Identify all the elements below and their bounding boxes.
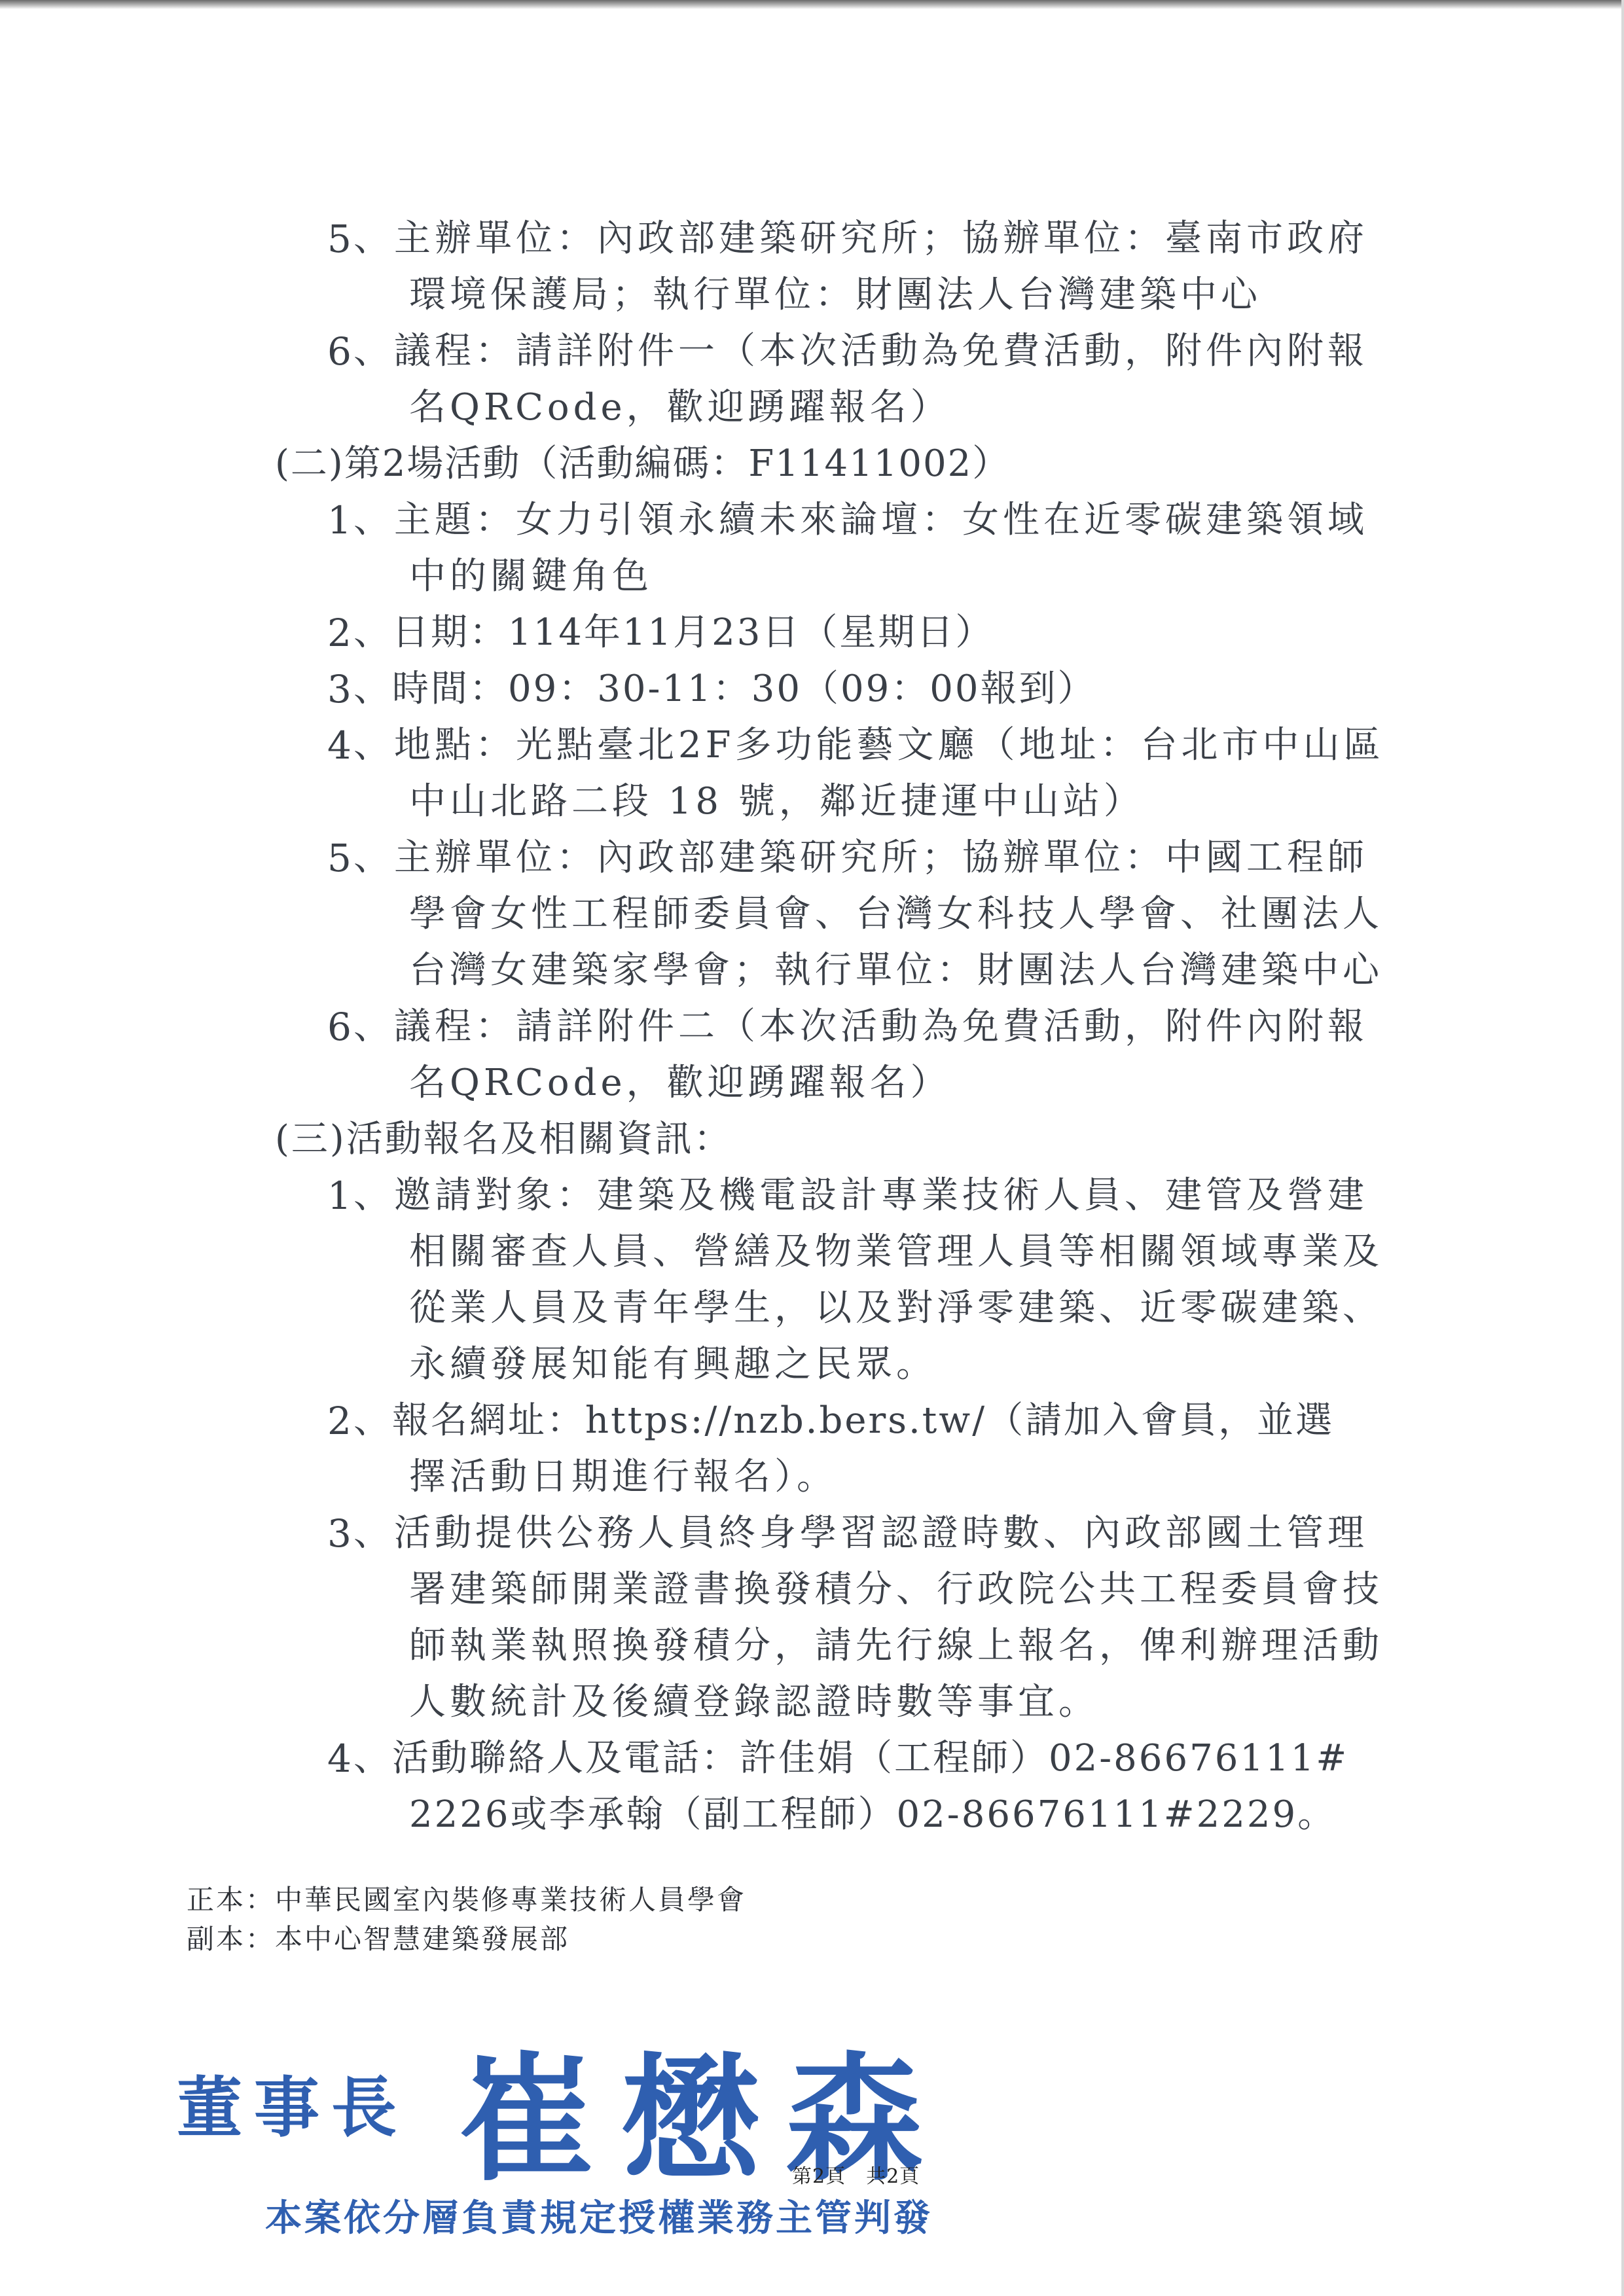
item-text: 、時間：09：30-11：30（09：00報到） <box>353 666 1096 712</box>
item-text: 、地點：光點臺北2F多功能藝文廳（地址：台北市中山區 <box>353 723 1384 768</box>
section-heading: (二)第2場活動（活動編碼：F11411002） <box>275 441 1010 487</box>
item-text-continued: 名QRCode，歡迎踴躍報名） <box>409 385 951 431</box>
signature-title: 董事長 <box>177 2055 408 2149</box>
item-number: 3 <box>327 1511 352 1556</box>
item-text: 、邀請對象：建築及機電設計專業技術人員、建管及營建 <box>353 1173 1368 1219</box>
item-number: 4 <box>327 723 352 768</box>
item-text-continued: 署建築師開業證書換發積分、行政院公共工程委員會技 <box>409 1567 1383 1613</box>
section-heading: (三)活動報名及相關資訊： <box>275 1117 732 1162</box>
delegation-note: 本案依分層負責規定授權業務主管判發 <box>265 2189 933 2242</box>
item-text: 、議程：請詳附件二（本次活動為免費活動，附件內附報 <box>353 1004 1368 1050</box>
item-text: 、主辦單位：內政部建築研究所；協辦單位：臺南市政府 <box>353 216 1368 262</box>
item-number: 1 <box>327 1173 352 1219</box>
distribution-original: 正本：中華民國室內裝修專業技術人員學會 <box>187 1882 746 1918</box>
item-number: 2 <box>327 610 352 656</box>
item-number: 2 <box>327 1398 352 1444</box>
item-text: 、主題：女力引領永續未來論壇：女性在近零碳建築領域 <box>353 497 1368 543</box>
item-text: 、主辦單位：內政部建築研究所；協辦單位：中國工程師 <box>353 835 1368 881</box>
item-text-continued: 名QRCode，歡迎踴躍報名） <box>409 1060 951 1106</box>
item-text-continued: 2226或李承翰（副工程師）02-86676111#2229。 <box>409 1792 1336 1838</box>
item-text-continued: 相關審查人員、營繕及物業管理人員等相關領域專業及 <box>409 1229 1383 1275</box>
item-text-continued: 台灣女建築家學會；執行單位：財團法人台灣建築中心 <box>409 948 1383 994</box>
item-number: 4 <box>327 1736 352 1782</box>
item-text-continued: 師執業執照換發積分，請先行線上報名，俾利辦理活動 <box>409 1623 1383 1669</box>
item-number: 5 <box>327 835 352 881</box>
page-number: 第2頁 共2頁 <box>792 2160 920 2189</box>
item-number: 6 <box>327 329 352 374</box>
scan-edge-right <box>1621 0 1624 2296</box>
item-text-continued: 中的關鍵角色 <box>409 554 653 600</box>
item-text-continued: 擇活動日期進行報名）。 <box>409 1454 837 1500</box>
item-text-continued: 學會女性工程師委員會、台灣女科技人學會、社團法人 <box>409 891 1383 937</box>
item-text-continued: 永續發展知能有興趣之民眾。 <box>409 1342 937 1388</box>
item-text: 、活動聯絡人及電話：許佳娟（工程師）02-86676111# <box>353 1736 1348 1782</box>
item-text-continued: 人數統計及後續登錄認證時數等事宜。 <box>409 1679 1099 1725</box>
item-text: 、議程：請詳附件一（本次活動為免費活動，附件內附報 <box>353 329 1368 374</box>
item-text: 、日期：114年11月23日（星期日） <box>353 610 994 656</box>
item-number: 3 <box>327 666 352 712</box>
item-text-continued: 從業人員及青年學生，以及對淨零建築、近零碳建築、 <box>409 1285 1383 1331</box>
item-text: 、活動提供公務人員終身學習認證時數、內政部國土管理 <box>353 1511 1368 1556</box>
item-text: 、報名網址：https://nzb.bers.tw/（請加入會員，並選 <box>353 1398 1334 1444</box>
scan-edge-shadow <box>0 0 1624 9</box>
item-number: 6 <box>327 1004 352 1050</box>
item-number: 5 <box>327 216 352 262</box>
distribution-copy: 副本：本中心智慧建築發展部 <box>187 1921 569 1958</box>
item-text-continued: 中山北路二段 18 號，鄰近捷運中山站） <box>409 779 1144 825</box>
item-number: 1 <box>327 497 352 543</box>
item-text-continued: 環境保護局；執行單位：財團法人台灣建築中心 <box>409 272 1261 318</box>
